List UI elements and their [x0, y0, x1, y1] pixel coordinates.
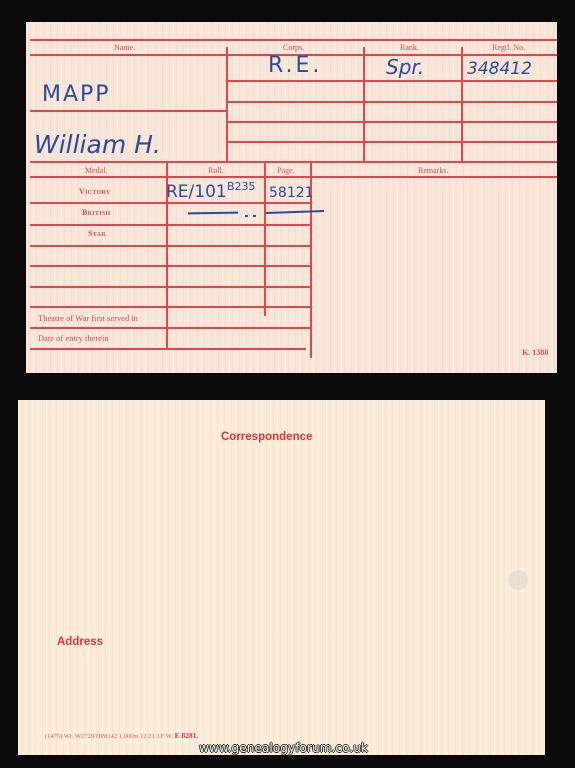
website-watermark: www.genealogyforum.co.uk	[199, 741, 368, 755]
name-corps-divider	[226, 47, 228, 161]
medal-row-rule-6	[30, 306, 310, 308]
printer-imprint-code: E 8281.	[175, 731, 199, 740]
ditto-dot-1	[245, 215, 248, 217]
medal-row-rule-2	[30, 224, 310, 226]
medal-row-rule-3	[30, 245, 310, 247]
medal-row-rule-4	[30, 265, 310, 267]
corps-rank-divider	[363, 47, 365, 161]
header-top-rule	[30, 39, 557, 41]
roll-page-divider	[264, 162, 266, 316]
forenames-entry: William H.	[34, 130, 161, 159]
theatre-row-rule	[30, 327, 310, 329]
date-row-rule	[30, 348, 306, 350]
row-rule-1	[226, 80, 557, 82]
page-header: Page.	[277, 166, 295, 175]
date-label: Date of entry therein	[38, 333, 109, 343]
row-rule-2	[226, 101, 557, 103]
ditto-mark-page	[266, 210, 324, 214]
medal-row-rule-1	[30, 202, 310, 204]
medal-row-rule-5	[30, 286, 310, 288]
medal-index-card-back: Correspondence Address (1475) Wt. W2720/…	[18, 400, 545, 755]
paper-stain	[508, 570, 528, 590]
medal-victory: Victory	[79, 187, 111, 196]
medal-index-card-front: Name. Corps. Rank. Regtl. No. MAPP Willi…	[26, 22, 557, 373]
regtl-no-header: Regtl. No.	[492, 43, 525, 52]
remarks-header: Remarks.	[418, 166, 448, 175]
medal-header: Medal.	[85, 166, 107, 175]
page-entry: 58121	[269, 185, 314, 201]
theatre-label: Theatre of War first served in	[38, 313, 138, 323]
printer-imprint: (1475) Wt. W2720/HP8142 1,000m 12/21 J.F…	[45, 731, 198, 740]
section-divider-bottom	[30, 176, 557, 178]
corps-entry: R.E.	[268, 53, 322, 78]
ditto-mark-roll	[188, 212, 238, 214]
roll-superscript-entry: B235	[227, 180, 256, 193]
ditto-dot-2	[253, 215, 256, 217]
name-header: Name.	[114, 43, 135, 52]
rank-entry: Spr.	[386, 55, 424, 79]
roll-header: Roll.	[208, 166, 224, 175]
rank-regtl-divider	[461, 47, 463, 161]
row-rule-4	[226, 141, 557, 143]
printer-imprint-text: (1475) Wt. W2720/HP8142 1,000m 12/21 J.F…	[45, 733, 173, 740]
surname-rule	[30, 110, 226, 112]
address-label: Address	[57, 636, 103, 648]
medal-star: Star	[88, 229, 106, 238]
section-divider-top	[30, 161, 557, 163]
rank-header: Rank.	[400, 43, 419, 52]
form-code: K. 1380	[522, 348, 548, 357]
row-rule-3	[226, 121, 557, 123]
surname-entry: MAPP	[42, 82, 111, 107]
regtl-no-entry: 348412	[467, 59, 532, 79]
correspondence-label: Correspondence	[221, 431, 312, 443]
medal-british: British	[82, 208, 110, 217]
corps-header: Corps.	[283, 43, 304, 52]
roll-entry: RE/101	[166, 182, 227, 202]
